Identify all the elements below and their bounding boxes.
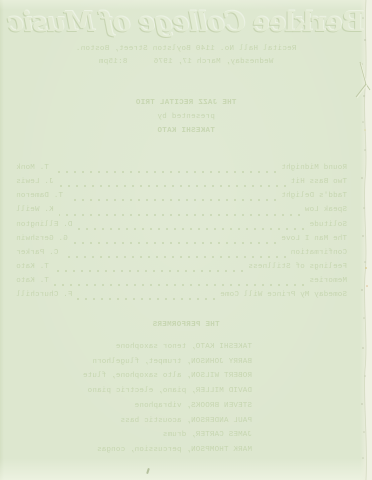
dotted-leader: [73, 242, 276, 244]
composer-name: T. Monk: [16, 161, 49, 175]
program-row: MemoriesT. Kato: [16, 274, 347, 288]
masthead: Berklee College of Music: [0, 7, 372, 39]
recital-performer-name: TAKESHI KATO: [0, 127, 372, 136]
dotted-leader: [54, 171, 276, 173]
program-row: The Man I LoveG. Gershwin: [16, 232, 347, 246]
program-row: SolitudeD. Ellington: [16, 218, 347, 232]
composer-name: K. Weill: [16, 203, 54, 217]
performer-line: ROBERT WILSON, alto saxophone, flute: [6, 369, 252, 384]
performers-list: TAKESHI KATO, tenor saxophone BARRY JOHN…: [6, 340, 252, 458]
performer-line: BARRY JOHNSON, trumpet, flugelhorn: [6, 355, 252, 370]
composer-name: D. Ellington: [16, 218, 72, 232]
composer-name: T. Kato: [16, 260, 49, 274]
time-text: 8:15pm: [99, 58, 128, 67]
venue-line: Recital Hall No. 1140 Boylston Street, B…: [0, 45, 372, 54]
song-title: Feelings of Stillness: [248, 260, 347, 274]
dotted-leader: [68, 199, 276, 201]
song-title: Confirmation: [291, 246, 347, 260]
scanned-program-page-back: Berklee College of Music Recital Hall No…: [0, 0, 372, 480]
performer-line: JAMES CARTER, drums: [6, 428, 252, 443]
song-title: Two Bass Hit: [291, 175, 347, 189]
performer-line: PAUL ANDERSON, acoustic bass: [6, 414, 252, 429]
program-list: Round MidnightT. Monk Two Bass HitJ. Lew…: [16, 161, 347, 302]
song-title: The Man I Love: [281, 232, 347, 246]
presented-by-label: presented by: [0, 113, 372, 122]
dotted-leader: [54, 284, 304, 286]
program-row: Round MidnightT. Monk: [16, 161, 347, 175]
torn-edge-detail: [342, 0, 372, 480]
dotted-leader: [59, 214, 300, 216]
masthead-brand-script: College of Music: [8, 7, 254, 38]
composer-name: C. Parker: [16, 246, 58, 260]
program-row: Someday My Prince Will ComeF. Churchill: [16, 288, 347, 302]
song-title: Speak Low: [305, 203, 347, 217]
performers-heading: THE PERFORMERS: [0, 321, 372, 330]
dotted-leader: [77, 298, 215, 300]
composer-name: T. Kato: [16, 274, 49, 288]
performer-line: DAVID MILLER, piano, electric piano: [6, 384, 252, 399]
date-text: Wednesday, March 17, 1976: [153, 58, 273, 67]
song-title: Someday My Prince Will Come: [220, 288, 347, 302]
program-row: ConfirmationC. Parker: [16, 246, 347, 260]
song-title: Round Midnight: [281, 161, 347, 175]
showthrough-layer: Berklee College of Music Recital Hall No…: [0, 0, 372, 480]
program-row: Speak LowK. Weill: [16, 203, 347, 217]
datetime-line: Wednesday, March 17, 1976 8:15pm: [0, 58, 372, 67]
performer-line: MARK THOMPSON, percussion, congas: [6, 443, 252, 458]
dotted-leader: [59, 185, 286, 187]
dotted-leader: [77, 228, 304, 230]
song-title: Tadd's Delight: [281, 189, 347, 203]
composer-name: F. Churchill: [16, 288, 72, 302]
program-row: Two Bass HitJ. Lewis: [16, 175, 347, 189]
program-row: Tadd's DelightT. Dameron: [16, 189, 347, 203]
composer-name: G. Gershwin: [16, 232, 68, 246]
composer-name: T. Dameron: [16, 189, 63, 203]
program-row: Feelings of StillnessT. Kato: [16, 260, 347, 274]
composer-name: J. Lewis: [16, 175, 54, 189]
dotted-leader: [54, 270, 243, 272]
dotted-leader: [63, 256, 285, 258]
recital-title: THE JAZZ RECITAL TRIO: [0, 99, 372, 108]
performer-line: STEVEN BROOKS, vibraphone: [6, 399, 252, 414]
performer-line: TAKESHI KATO, tenor saxophone: [6, 340, 252, 355]
